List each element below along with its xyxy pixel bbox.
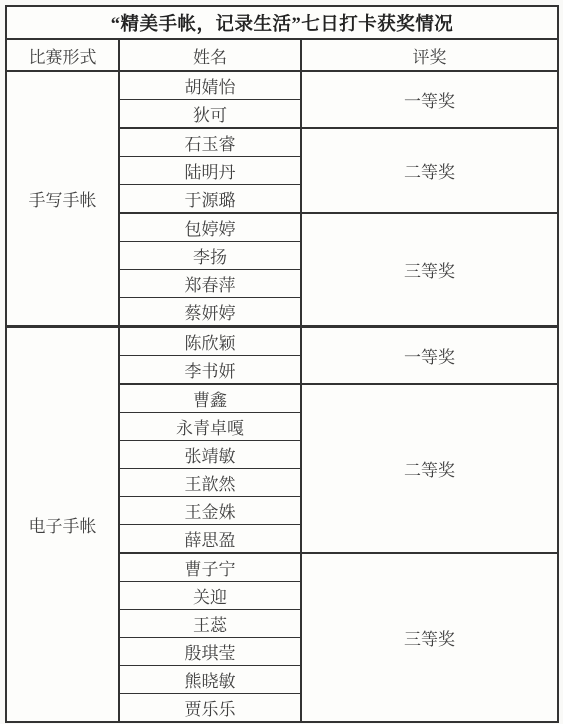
name-cell: 曹子宁: [119, 553, 301, 582]
name-cell: 张靖敏: [119, 441, 301, 469]
name-cell: 薛思盈: [119, 525, 301, 554]
format-cell: 电子手帐: [6, 327, 119, 723]
award-cell: 一等奖: [301, 327, 558, 385]
award-cell: 一等奖: [301, 71, 558, 128]
award-cell: 二等奖: [301, 128, 558, 213]
name-cell: 殷琪莹: [119, 638, 301, 666]
name-cell: 包婷婷: [119, 213, 301, 242]
award-cell: 三等奖: [301, 213, 558, 327]
name-cell: 熊晓敏: [119, 666, 301, 694]
column-header-award: 评奖: [301, 39, 558, 71]
header-row: 比赛形式 姓名 评奖: [6, 39, 558, 71]
name-cell: 狄可: [119, 100, 301, 129]
name-cell: 永青卓嘎: [119, 413, 301, 441]
name-cell: 贾乐乐: [119, 694, 301, 723]
name-cell: 王金姝: [119, 497, 301, 525]
name-cell: 陈欣颖: [119, 327, 301, 356]
title-row: “精美手帐，记录生活”七日打卡获奖情况: [6, 6, 558, 39]
name-cell: 王歆然: [119, 469, 301, 497]
name-cell: 陆明丹: [119, 157, 301, 185]
name-cell: 李书妍: [119, 356, 301, 385]
table-title: “精美手帐，记录生活”七日打卡获奖情况: [6, 6, 558, 39]
table-row: 电子手帐陈欣颖一等奖: [6, 327, 558, 356]
name-cell: 关迎: [119, 582, 301, 610]
name-cell: 王蕊: [119, 610, 301, 638]
awards-table: “精美手帐，记录生活”七日打卡获奖情况 比赛形式 姓名 评奖 手写手帐胡婧怡一等…: [5, 5, 559, 723]
name-cell: 郑春萍: [119, 270, 301, 298]
name-cell: 曹鑫: [119, 384, 301, 413]
column-header-name: 姓名: [119, 39, 301, 71]
table-row: 手写手帐胡婧怡一等奖: [6, 71, 558, 100]
name-cell: 石玉睿: [119, 128, 301, 157]
award-cell: 三等奖: [301, 553, 558, 722]
awards-table-body: 手写手帐胡婧怡一等奖狄可石玉睿二等奖陆明丹于源璐包婷婷三等奖李扬郑春萍蔡妍婷电子…: [6, 71, 558, 722]
name-cell: 于源璐: [119, 185, 301, 214]
name-cell: 李扬: [119, 242, 301, 270]
name-cell: 胡婧怡: [119, 71, 301, 100]
format-cell: 手写手帐: [6, 71, 119, 327]
column-header-format: 比赛形式: [6, 39, 119, 71]
name-cell: 蔡妍婷: [119, 298, 301, 327]
award-cell: 二等奖: [301, 384, 558, 553]
